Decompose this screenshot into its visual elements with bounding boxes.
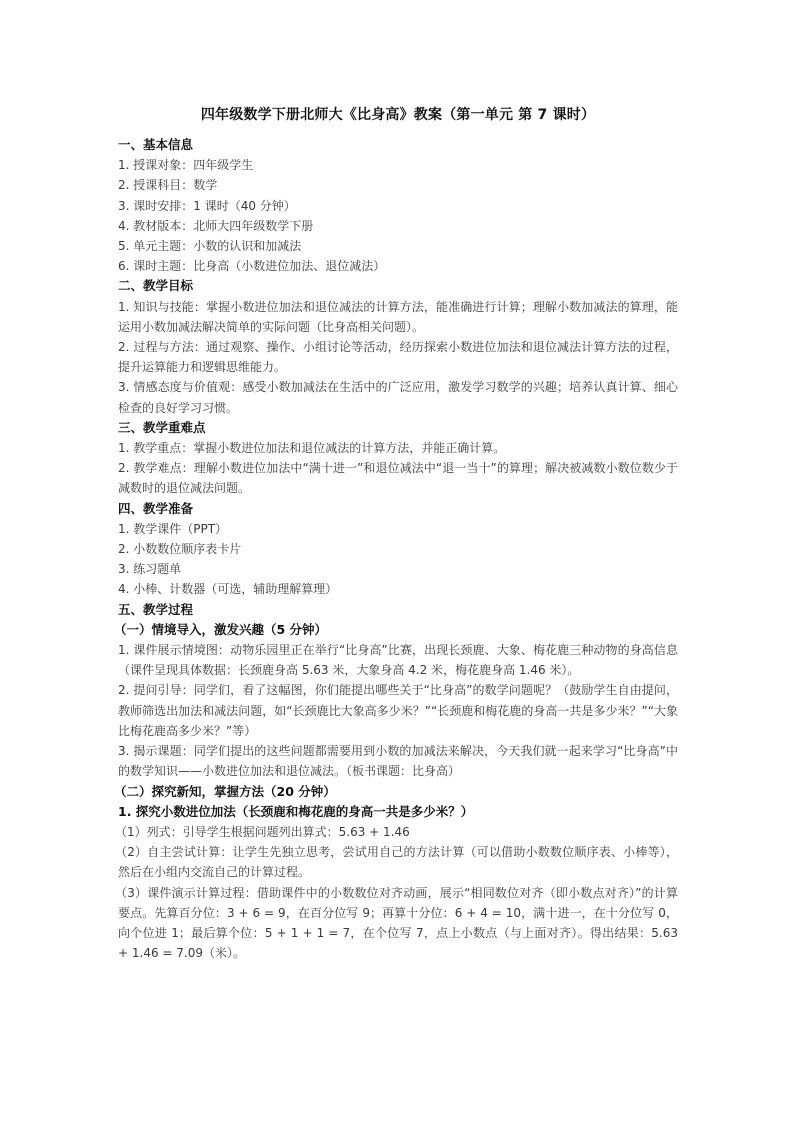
list-item: 2. 提问引导：同学们，看了这幅图，你们能提出哪些关于“比身高”的数学问题呢？（… [118, 680, 678, 741]
process-part-2: （二）探究新知，掌握方法（20 分钟） 1. 探究小数进位加法（长颈鹿和梅花鹿的… [118, 782, 678, 964]
list-item: 4. 教材版本：北师大四年级数学下册 [118, 216, 678, 236]
section-heading: 二、教学目标 [118, 276, 678, 296]
subsection-heading: （一）情境导入，激发兴趣（5 分钟） [118, 620, 678, 640]
section-heading: 一、基本信息 [118, 135, 678, 155]
section-heading: 五、教学过程 [118, 600, 678, 620]
list-item: 1. 课件展示情境图：动物乐园里正在举行“比身高”比赛，出现长颈鹿、大象、梅花鹿… [118, 640, 678, 680]
list-item: 1. 教学课件（PPT） [118, 519, 678, 539]
list-item: 1. 知识与技能：掌握小数进位加法和退位减法的计算方法，能准确进行计算；理解小数… [118, 297, 678, 337]
list-item: 6. 课时主题：比身高（小数进位加法、退位减法） [118, 256, 678, 276]
list-item: 2. 教学难点：理解小数进位加法中“满十进一”和退位减法中“退一当十”的算理；解… [118, 458, 678, 498]
list-item: 5. 单元主题：小数的认识和加减法 [118, 236, 678, 256]
list-item: 1. 教学重点：掌握小数进位加法和退位减法的计算方法，并能正确计算。 [118, 438, 678, 458]
document-page: 四年级数学下册北师大《比身高》教案（第一单元 第 7 课时） 一、基本信息 1.… [118, 104, 678, 963]
list-item: 1. 授课对象：四年级学生 [118, 155, 678, 175]
step-item: （1）列式：引导学生根据问题列出算式：5.63 + 1.46 [118, 822, 678, 842]
section-heading: 四、教学准备 [118, 499, 678, 519]
list-item: 3. 揭示课题：同学们提出的这些问题都需要用到小数的加减法来解决，今天我们就一起… [118, 741, 678, 781]
list-item: 2. 小数数位顺序表卡片 [118, 539, 678, 559]
list-item: 3. 课时安排：1 课时（40 分钟） [118, 196, 678, 216]
list-item: 3. 情感态度与价值观：感受小数加减法在生活中的广泛应用，激发学习数学的兴趣；培… [118, 377, 678, 417]
subsection-heading: （二）探究新知，掌握方法（20 分钟） [118, 782, 678, 802]
process-part-1: （一）情境导入，激发兴趣（5 分钟） 1. 课件展示情境图：动物乐园里正在举行“… [118, 620, 678, 782]
document-title: 四年级数学下册北师大《比身高》教案（第一单元 第 7 课时） [118, 104, 678, 126]
list-item: 4. 小棒、计数器（可选，辅助理解算理） [118, 579, 678, 599]
section-preparation: 四、教学准备 1. 教学课件（PPT） 2. 小数数位顺序表卡片 3. 练习题单… [118, 499, 678, 600]
section-process: 五、教学过程 （一）情境导入，激发兴趣（5 分钟） 1. 课件展示情境图：动物乐… [118, 600, 678, 964]
list-item: 2. 授课科目：数学 [118, 175, 678, 195]
section-basic-info: 一、基本信息 1. 授课对象：四年级学生 2. 授课科目：数学 3. 课时安排：… [118, 135, 678, 276]
section-objectives: 二、教学目标 1. 知识与技能：掌握小数进位加法和退位减法的计算方法，能准确进行… [118, 276, 678, 417]
list-item: 2. 过程与方法：通过观察、操作、小组讨论等活动，经历探索小数进位加法和退位减法… [118, 337, 678, 377]
section-key-points: 三、教学重难点 1. 教学重点：掌握小数进位加法和退位减法的计算方法，并能正确计… [118, 418, 678, 499]
section-heading: 三、教学重难点 [118, 418, 678, 438]
step-item: （2）自主尝试计算：让学生先独立思考，尝试用自己的方法计算（可以借助小数数位顺序… [118, 842, 678, 882]
step-item: （3）课件演示计算过程：借助课件中的小数数位对齐动画，展示“相同数位对齐（即小数… [118, 883, 678, 964]
list-item: 3. 练习题单 [118, 559, 678, 579]
topic-heading: 1. 探究小数进位加法（长颈鹿和梅花鹿的身高一共是多少米？） [118, 802, 678, 822]
